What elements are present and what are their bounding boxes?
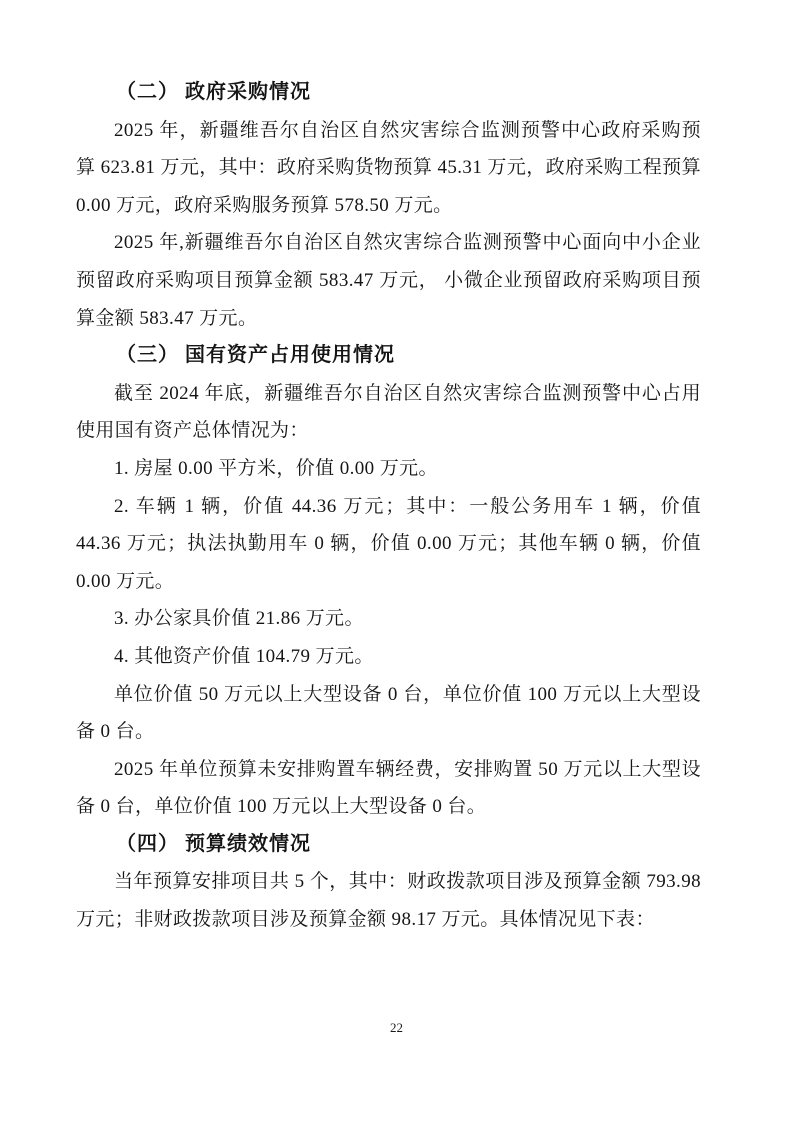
paragraph-assets-item-vehicles: 2. 车辆 1 辆，价值 44.36 万元；其中：一般公务用车 1 辆，价值 4… [76, 488, 701, 601]
paragraph-assets-item-housing: 1. 房屋 0.00 平方米，价值 0.00 万元。 [76, 450, 701, 488]
section-heading-budget-performance: （四） 预算绩效情况 [76, 826, 701, 864]
page-number: 22 [0, 1018, 793, 1038]
section-heading-state-assets: （三） 国有资产占用使用情况 [76, 337, 701, 375]
document-body: （二） 政府采购情况 2025 年，新疆维吾尔自治区自然灾害综合监测预警中心政府… [76, 74, 701, 939]
paragraph-budget-performance-summary: 当年预算安排项目共 5 个，其中：财政拨款项目涉及预算金额 793.98 万元；… [76, 863, 701, 938]
paragraph-large-equipment-counts: 单位价值 50 万元以上大型设备 0 台，单位价值 100 万元以上大型设备 0… [76, 676, 701, 751]
paragraph-2025-equipment-plan: 2025 年单位预算未安排购置车辆经费，安排购置 50 万元以上大型设备 0 台… [76, 751, 701, 826]
paragraph-sme-reserved-procurement: 2025 年,新疆维吾尔自治区自然灾害综合监测预警中心面向中小企业预留政府采购项… [76, 224, 701, 337]
document-page: （二） 政府采购情况 2025 年，新疆维吾尔自治区自然灾害综合监测预警中心政府… [0, 0, 793, 1122]
paragraph-assets-item-furniture: 3. 办公家具价值 21.86 万元。 [76, 600, 701, 638]
paragraph-assets-item-other: 4. 其他资产价值 104.79 万元。 [76, 638, 701, 676]
section-heading-government-procurement: （二） 政府采购情况 [76, 74, 701, 112]
paragraph-assets-overview: 截至 2024 年底，新疆维吾尔自治区自然灾害综合监测预警中心占用使用国有资产总… [76, 375, 701, 450]
paragraph-procurement-budget: 2025 年，新疆维吾尔自治区自然灾害综合监测预警中心政府采购预算 623.81… [76, 112, 701, 225]
